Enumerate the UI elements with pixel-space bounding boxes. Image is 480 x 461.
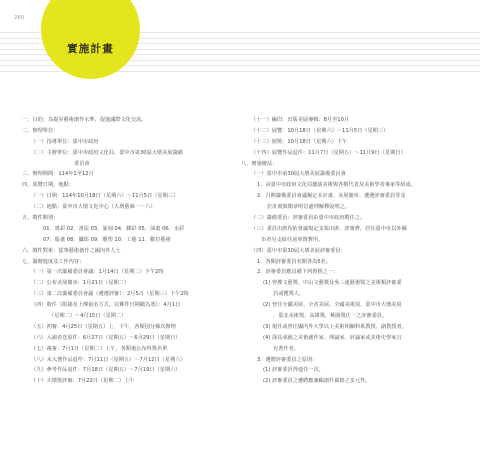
text-line: （十）大墩獎評審：7月22日（星期二）上午: [22, 376, 237, 387]
text-line: （六）入圍者送原件：6月27日（星期五）～6月29日（星期日）: [22, 333, 237, 344]
text-line: （四）臺中市第30屆大墩美展評審委員：: [247, 246, 472, 257]
text-line: 1．各類評審委員名額各為5名。: [247, 257, 472, 268]
text-line: （一）第一次籌備委員會議：1月14日（星期二）下午2時: [22, 267, 237, 278]
text-line: 於計畫與簡章明訂處理解釋說明之。: [247, 202, 472, 213]
text-line: 八、實施辦法：: [241, 159, 472, 170]
text-line: (2) 評審委員之遴聘應兼顧創作風格之多元性。: [247, 376, 472, 387]
text-line: （九）參考作品退件：7月18日（星期五）～7月19日（星期六）: [22, 365, 237, 376]
text-line: (4) 深具成就之美術創作家、理論家、評論家或美術史學家且: [247, 333, 472, 344]
text-line: (2) 曾任全國美展、全省美展、全國美術展、臺中市大墩美展: [247, 300, 472, 311]
text-line: 2．召開籌備委員會議擬定本計畫、美展簡章、遴選評審委員等及: [247, 191, 472, 202]
text-line: （一）指導單位：臺中市政府: [22, 137, 237, 148]
text-line: （十一）編印、出版美展專輯：8月至10月: [247, 115, 472, 126]
text-line: （五）初審：4月25日（星期五）上、下午，各類別分梯次辦理: [22, 322, 237, 333]
text-line: （七）複審：7月1日（星期二）上午，各類後公布得獎名單: [22, 344, 237, 355]
text-line: 1．由臺中市政府文化局邀請美術與各類代表及美術學者專家等組成。: [247, 180, 472, 191]
text-line: （三）第二次籌備委員會議（遴選評審）：2月5日（星期三）下午2時: [22, 289, 237, 300]
text-line: （八）未入選作品退件：7月11日（星期五）～7月12日（星期六）: [22, 355, 237, 366]
text-line: 01．墨彩 02．書法 03．篆刻 04．膠彩 05．油畫 06．水彩: [22, 224, 237, 235]
text-line: (1) 評審委員得連任一次。: [247, 365, 472, 376]
text-line: （十三）頒獎：10月18日（星期六）下午: [247, 137, 472, 148]
text-line: （四）收件（限掛及上傳報名方式，以郵件日期戳為憑）：4月1日: [22, 300, 237, 311]
text-line: 3．遴聘評審委員之原則：: [247, 355, 472, 366]
page-number: 260: [14, 15, 24, 21]
text-line: 一、目的：為提昇藝術創作水準，促進國際文化交流。: [22, 115, 237, 126]
text-line: （二）籌備委員：評審委員由臺中市政府聘任之。: [247, 213, 472, 224]
text-line: 07．版畫 08．攝影 09．雕塑 10．工藝 11．數位藝術: [22, 235, 237, 246]
text-line: (1) 曾獲文藝獎、中山文藝獎及吳三連藝術獎之美術類評審委: [247, 278, 472, 289]
text-line: 有著作者。: [247, 344, 472, 355]
text-line: (3) 現任或曾任國內外大學以上美術相關科系教授、副教授者。: [247, 322, 472, 333]
text-line: （三）委員出席均依會議規定支領出席、評審費，居住臺中市以外縣: [247, 224, 472, 235]
text-line: 2．評審委員應具備下列資格之一：: [247, 267, 472, 278]
text-line: 四、展覽日期、地點：: [22, 180, 237, 191]
text-line: （一）日期：114年10月18日（星期六）～11月5日（星期三）: [22, 191, 237, 202]
left-column: 一、目的：為提昇藝術創作水準，促進國際文化交流。二、辦理單位：（一）指導單位：臺…: [22, 115, 237, 387]
text-line: 七、籌辦進度及工作內容：: [22, 257, 237, 268]
text-line: （十四）展覽作品退件：11月7日（星期五）～11月9日（星期日）: [247, 148, 472, 159]
text-line: 五、徵件類別：: [22, 213, 237, 224]
text-line: 、臺北美術獎、高雄獎、桃園獎任一之評審委員。: [247, 311, 472, 322]
text-line: （十二）展覽：10月18日（星期六）～11月5日（星期三）: [247, 126, 472, 137]
page-title: 實施計畫: [67, 41, 114, 56]
text-line: （二）主辦單位：臺中市政府文化局、臺中市第30屆大墩美展籌備: [22, 148, 237, 159]
text-line: 市者另支給往返車資費用。: [247, 235, 472, 246]
right-column: （十一）編印、出版美展專輯：8月至10月（十二）展覽：10月18日（星期六）～1…: [247, 115, 472, 387]
text-line: （二）公布美展簡章：1月21日（星期二）: [22, 278, 237, 289]
text-line: 員或獲獎人。: [247, 289, 472, 300]
text-line: 六、徵件對象：從事藝術創作之國內外人士: [22, 246, 237, 257]
text-line: 三、辦理期間：114年1至12月: [22, 169, 237, 180]
text-line: （二）地點：臺中市大墩文化中心（大墩藝廊一～六）: [22, 202, 237, 213]
text-line: 委員會: [22, 159, 237, 170]
text-line: （一）臺中市第30屆大墩美展籌備委員會: [247, 169, 472, 180]
text-line: （星期二）～4月15日（星期二）: [22, 311, 237, 322]
text-line: 二、辦理單位：: [22, 126, 237, 137]
